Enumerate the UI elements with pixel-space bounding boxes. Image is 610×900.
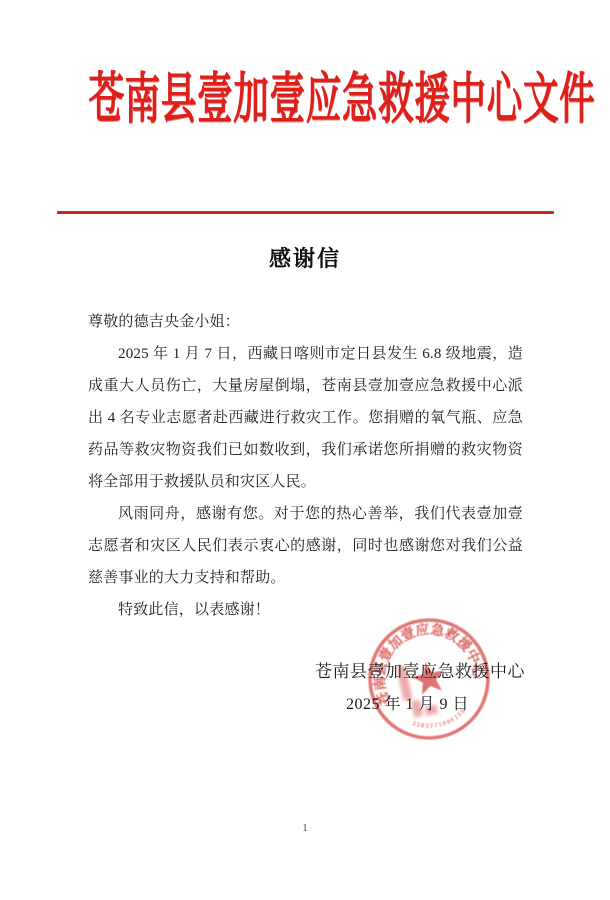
page-number: 1 xyxy=(0,822,610,834)
letter-body: 尊敬的德吉央金小姐： 2025 年 1 月 7 日，西藏日喀则市定日县发生 6.… xyxy=(88,306,523,626)
paragraph-2: 风雨同舟，感谢有您。对于您的热心善举，我们代表壹加壹志愿者和灾区人民们表示衷心的… xyxy=(88,498,523,594)
seal-star-icon xyxy=(409,659,448,696)
paragraph-1: 2025 年 1 月 7 日，西藏日喀则市定日县发生 6.8 级地震，造成重大人… xyxy=(88,338,523,498)
salutation: 尊敬的德吉央金小姐： xyxy=(88,306,523,338)
red-divider-rule xyxy=(57,211,554,214)
letter-title: 感谢信 xyxy=(0,245,610,273)
seal-smudge-marks xyxy=(396,661,438,720)
document-page: 苍南县壹加壹应急救援中心文件 感谢信 尊敬的德吉央金小姐： 2025 年 1 月… xyxy=(0,0,610,900)
official-seal-stamp: 苍南县壹加壹应急救援中心 33032710061591 xyxy=(354,604,503,753)
letterhead-title: 苍南县壹加壹应急救援中心文件 xyxy=(88,65,521,133)
seal-ring-text: 苍南县壹加壹应急救援中心 xyxy=(360,610,490,709)
